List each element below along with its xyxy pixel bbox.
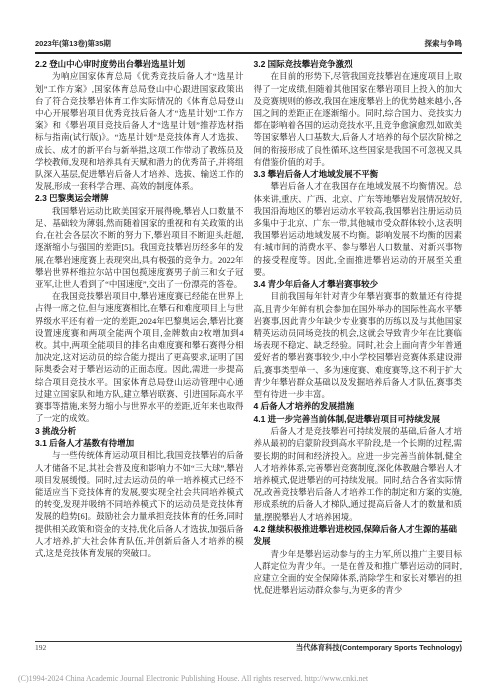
- page-content: 2023年(第13卷)第35期 探索与争鸣 2.2 登山中心审时度势出台攀岩选星…: [35, 38, 462, 636]
- section-heading-3-1: 3.1 后备人才基数有待增加: [35, 437, 244, 449]
- section-heading-4-2: 4.2 继续积极推进攀岩进校园,保障后备人才生源的基础发展: [254, 523, 463, 548]
- section-heading-3-3: 3.3 攀岩后备人才地域发展不平衡: [254, 168, 463, 180]
- footer-row: 192 当代体育科技(Contemporary Sports Technolog…: [35, 643, 462, 653]
- page-footer: 192 当代体育科技(Contemporary Sports Technolog…: [35, 641, 462, 653]
- two-column-body: 2.2 登山中心审时度势出台攀岩选星计划 为响应国家体育总局《优秀竞技后备人才“…: [35, 58, 462, 636]
- paragraph: 攀岩后备人才在我国存在地域发展不均衡情况。总体来讲,重庆、广西、北京、广东等地攀…: [254, 180, 463, 278]
- footer-rule: [35, 641, 462, 642]
- section-heading-3-2: 3.2 国际竞技攀岩竞争激烈: [254, 58, 463, 70]
- left-column: 2.2 登山中心审时度势出台攀岩选星计划 为响应国家体育总局《优秀竞技后备人才“…: [35, 58, 244, 636]
- section-heading-2-2: 2.2 登山中心审时度势出台攀岩选星计划: [35, 58, 244, 70]
- issue-label: 2023年(第13卷)第35期: [35, 38, 111, 49]
- header-rule: [35, 52, 462, 54]
- paragraph: 与一些传统体育运动项目相比,我国竞技攀岩的后备人才储备不足,其社会普及度和影响力…: [35, 449, 244, 559]
- section-heading-4: 4 后备人才培养的发展措施: [254, 400, 463, 412]
- section-heading-4-1: 4.1 进一步完善当前体制,促进攀岩项目可持续发展: [254, 413, 463, 425]
- journal-name: 当代体育科技(Contemporary Sports Technology): [296, 643, 462, 653]
- page-number: 192: [35, 643, 46, 652]
- paragraph: 青少年是攀岩运动参与的主力军,所以推广主要目标人群定位为青少年。一是在普及和推广…: [254, 548, 463, 597]
- section-heading-3: 3 挑战分析: [35, 425, 244, 437]
- column-title: 探索与争鸣: [425, 38, 463, 49]
- paragraph: 为响应国家体育总局《优秀竞技后备人才“选星计划”工作方案》,国家体育总局登山中心…: [35, 70, 244, 192]
- paragraph: 后备人才是竞技攀岩可持续发展的基础,后备人才培养从最初的启蒙阶段到高水平阶段,是…: [254, 425, 463, 523]
- section-heading-2-3: 2.3 巴黎奥运会增牌: [35, 192, 244, 204]
- section-heading-3-4: 3.4 青少年后备人才攀岩赛事较少: [254, 278, 463, 290]
- paragraph: 目前我国每年针对青少年攀岩赛事的数量还有待提高,且青少年鲜有机会参加在国外举办的…: [254, 290, 463, 400]
- paragraph: 我国攀岩运动比欧美国家开展得晚,攀岩人口数量不足、基础较为薄弱,然而随着国家的重…: [35, 205, 244, 290]
- running-head: 2023年(第13卷)第35期 探索与争鸣: [35, 38, 462, 52]
- journal-page: 2023年(第13卷)第35期 探索与争鸣 2.2 登山中心审时度势出台攀岩选星…: [0, 0, 495, 700]
- paragraph: 在目前的形势下,尽管我国竞技攀岩在速度项目上取得了一定成绩,但随着其他国家在攀岩…: [254, 70, 463, 168]
- right-column: 3.2 国际竞技攀岩竞争激烈 在目前的形势下,尽管我国竞技攀岩在速度项目上取得了…: [254, 58, 463, 636]
- copyright-notice: (C)1994-2024 China Academic Journal Elec…: [18, 674, 478, 683]
- paragraph: 在我国竞技攀岩项目中,攀岩速度赛已经能在世界上占得一席之位,但与速度赛相比,在攀…: [35, 290, 244, 424]
